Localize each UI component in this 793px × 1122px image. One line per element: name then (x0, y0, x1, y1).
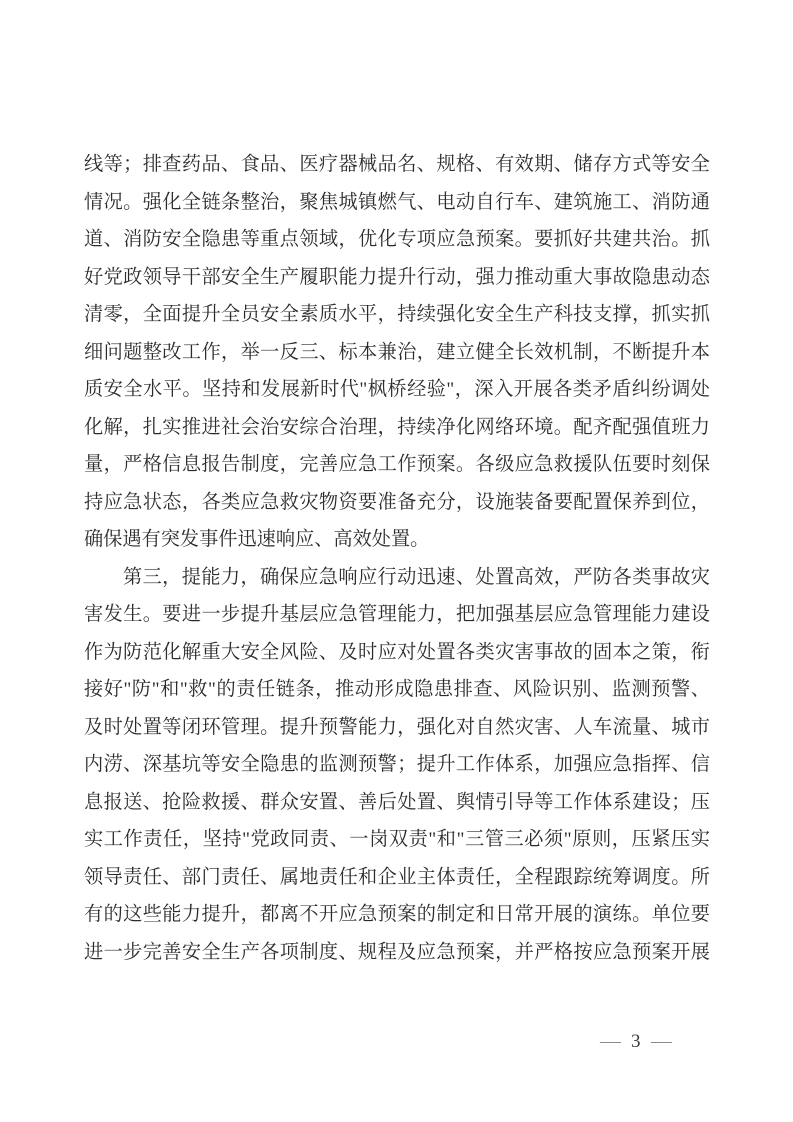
text-line: 有的这些能力提升，都离不开应急预案的制定和日常开展的演练。单位要 (84, 896, 710, 934)
text-line: 实工作责任，坚持"党政同责、一岗双责"和"三管三必须"原则，压紧压实 (84, 821, 710, 859)
text-line: 质安全水平。坚持和发展新时代"枫桥经验"，深入开展各类矛盾纠纷调处 (84, 371, 710, 409)
text-line: 领导责任、部门责任、属地责任和企业主体责任，全程跟踪统筹调度。所 (84, 859, 710, 897)
text-line: 细问题整改工作，举一反三、标本兼治，建立健全长效机制，不断提升本 (84, 334, 710, 372)
document-body: 线等；排查药品、食品、医疗器械品名、规格、有效期、储存方式等安全情况。强化全链条… (84, 146, 710, 971)
text-line: 内涝、深基坑等安全隐患的监测预警；提升工作体系，加强应急指挥、信 (84, 746, 710, 784)
text-line: 息报送、抢险救援、群众安置、善后处置、舆情引导等工作体系建设；压 (84, 784, 710, 822)
text-line: 及时处置等闭环管理。提升预警能力，强化对自然灾害、人车流量、城市 (84, 709, 710, 747)
text-line: 确保遇有突发事件迅速响应、高效处置。 (84, 521, 710, 559)
text-line: 害发生。要进一步提升基层应急管理能力，把加强基层应急管理能力建设 (84, 596, 710, 634)
text-line: 情况。强化全链条整治，聚焦城镇燃气、电动自行车、建筑施工、消防通 (84, 184, 710, 222)
text-line: 作为防范化解重大安全风险、及时应对处置各类灾害事故的固本之策，衔 (84, 634, 710, 672)
text-line: 持应急状态，各类应急救灾物资要准备充分，设施装备要配置保养到位， (84, 484, 710, 522)
text-line: 道、消防安全隐患等重点领域，优化专项应急预案。要抓好共建共治。抓 (84, 221, 710, 259)
text-line: 量，严格信息报告制度，完善应急工作预案。各级应急救援队伍要时刻保 (84, 446, 710, 484)
page-number-footer: — 3 — (601, 1031, 671, 1053)
footer-dash-right: — (651, 1031, 672, 1053)
document-page: 线等；排查药品、食品、医疗器械品名、规格、有效期、储存方式等安全情况。强化全链条… (0, 0, 793, 1122)
text-line: 好党政领导干部安全生产履职能力提升行动，强力推动重大事故隐患动态 (84, 259, 710, 297)
text-line: 接好"防"和"救"的责任链条，推动形成隐患排查、风险识别、监测预警、 (84, 671, 710, 709)
text-line: 线等；排查药品、食品、医疗器械品名、规格、有效期、储存方式等安全 (84, 146, 710, 184)
text-line: 第三，提能力，确保应急响应行动迅速、处置高效，严防各类事故灾 (84, 559, 710, 597)
text-line: 进一步完善安全生产各项制度、规程及应急预案，并严格按应急预案开展 (84, 934, 710, 972)
text-line: 清零，全面提升全员安全素质水平，持续强化安全生产科技支撑，抓实抓 (84, 296, 710, 334)
text-line: 化解，扎实推进社会治安综合治理，持续净化网络环境。配齐配强值班力 (84, 409, 710, 447)
footer-dash-left: — (600, 1031, 621, 1053)
page-number: 3 (631, 1031, 641, 1053)
